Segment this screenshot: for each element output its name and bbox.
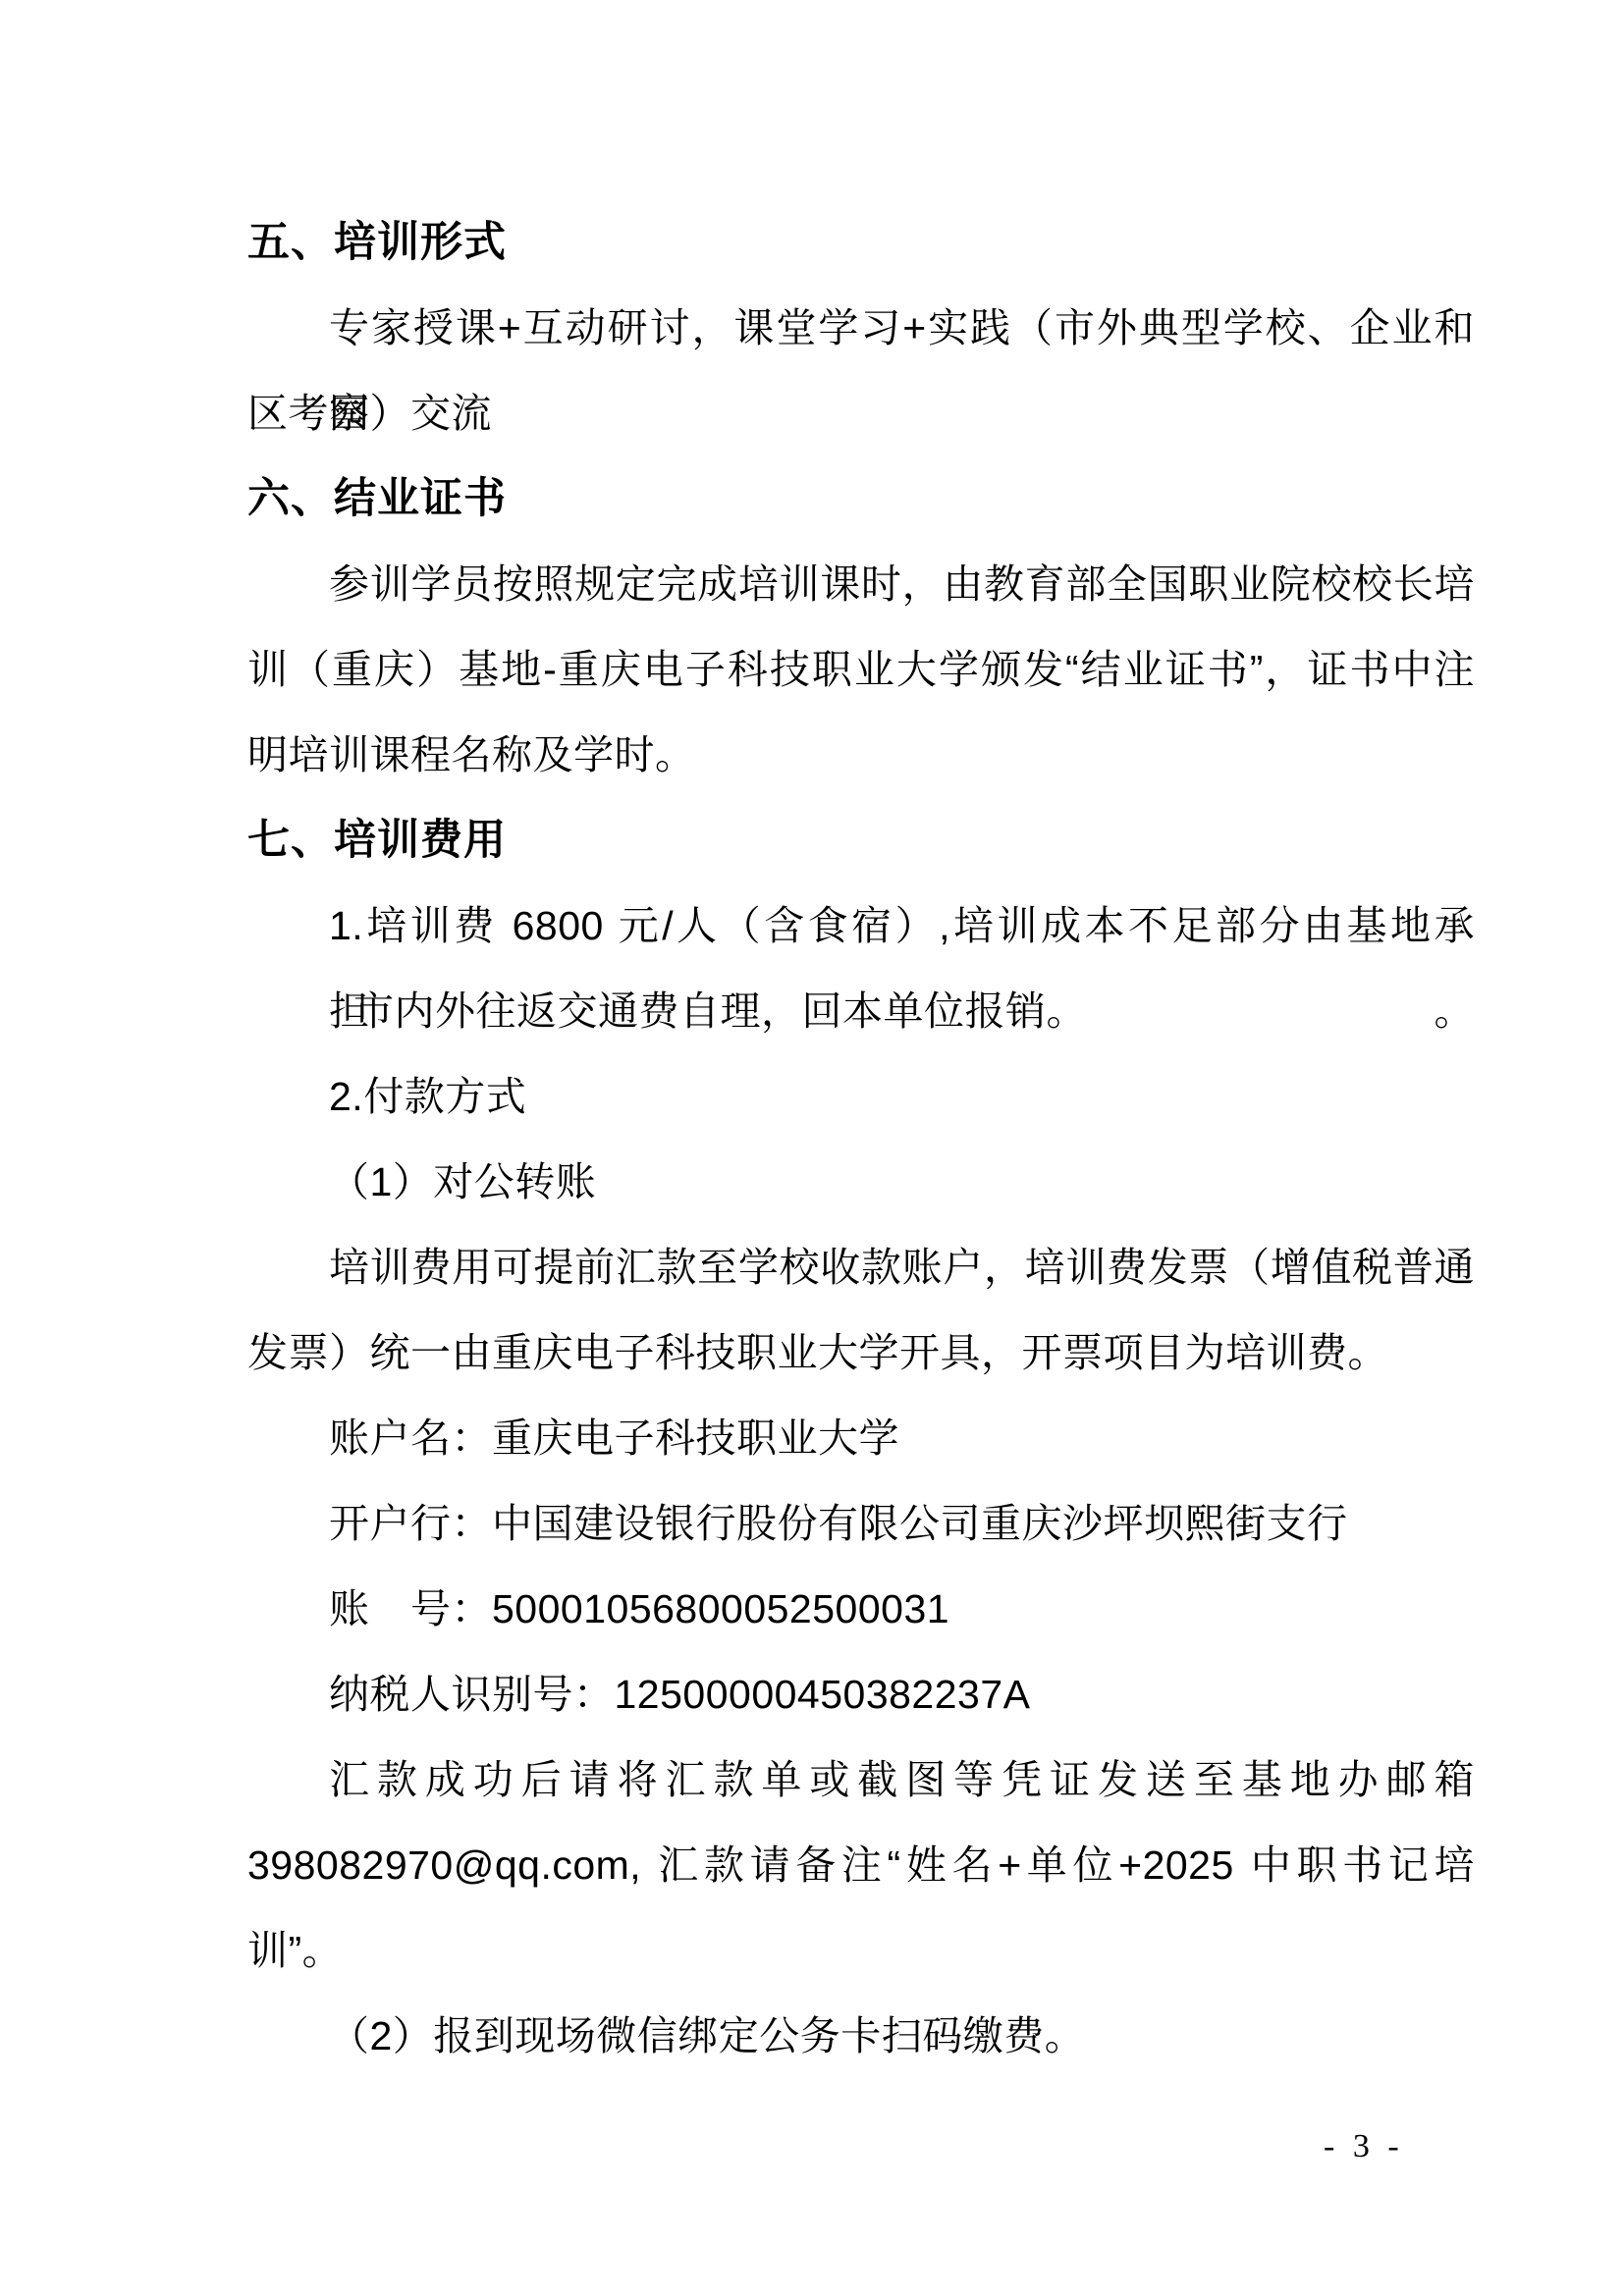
remittance-paragraph-line: 汇款成功后请将汇款单或截图等凭证发送至基地办邮箱: [247, 1737, 1475, 1823]
section-heading-fees: 七、培训费用: [247, 798, 1475, 883]
page-number: - 3 -: [1324, 2122, 1422, 2171]
remittance-paragraph-line: 398082970@qq.com, 汇款请备注“姓名+单位+2025 中职书记培: [247, 1823, 1475, 1908]
training-format-paragraph-line: 区考察）交流: [247, 371, 1475, 456]
section-heading-training-format: 五、培训形式: [247, 200, 1475, 286]
transfer-method-line: （1）对公转账: [247, 1140, 1475, 1225]
section-heading-certificate: 六、结业证书: [247, 456, 1475, 542]
training-format-paragraph-line: 专家授课+互动研讨，课堂学习+实践（市外典型学校、企业和园: [247, 286, 1475, 371]
account-name-line: 账户名：重庆电子科技职业大学: [247, 1396, 1475, 1481]
invoice-paragraph-line: 培训费用可提前汇款至学校收款账户，培训费发票（增值税普通: [247, 1225, 1475, 1310]
certificate-paragraph-line: 训（重庆）基地-重庆电子科技职业大学颁发“结业证书”，证书中注: [247, 627, 1475, 713]
invoice-paragraph-line: 发票）统一由重庆电子科技职业大学开具，开票项目为培训费。: [247, 1310, 1475, 1396]
account-number-line: 账 号：50001056800052500031: [247, 1567, 1475, 1652]
fee-amount-line: 1.培训费 6800 元/人（含食宿）,培训成本不足部分由基地承担。: [247, 883, 1475, 969]
remittance-paragraph-line: 训”。: [247, 1908, 1475, 1994]
bank-name-line: 开户行：中国建设银行股份有限公司重庆沙坪坝熙街支行: [247, 1481, 1475, 1567]
document-page: 五、培训形式 专家授课+互动研讨，课堂学习+实践（市外典型学校、企业和园 区考察…: [0, 0, 1624, 2296]
payment-method-heading-line: 2.付款方式: [247, 1054, 1475, 1140]
onsite-payment-line: （2）报到现场微信绑定公务卡扫码缴费。: [247, 1994, 1475, 2079]
document-text-block: 五、培训形式 专家授课+互动研讨，课堂学习+实践（市外典型学校、企业和园 区考察…: [247, 200, 1475, 2079]
tax-id-line: 纳税人识别号：12500000450382237A: [247, 1652, 1475, 1737]
certificate-paragraph-line: 明培训课程名称及学时。: [247, 713, 1475, 798]
certificate-paragraph-line: 参训学员按照规定完成培训课时，由教育部全国职业院校校长培: [247, 542, 1475, 627]
